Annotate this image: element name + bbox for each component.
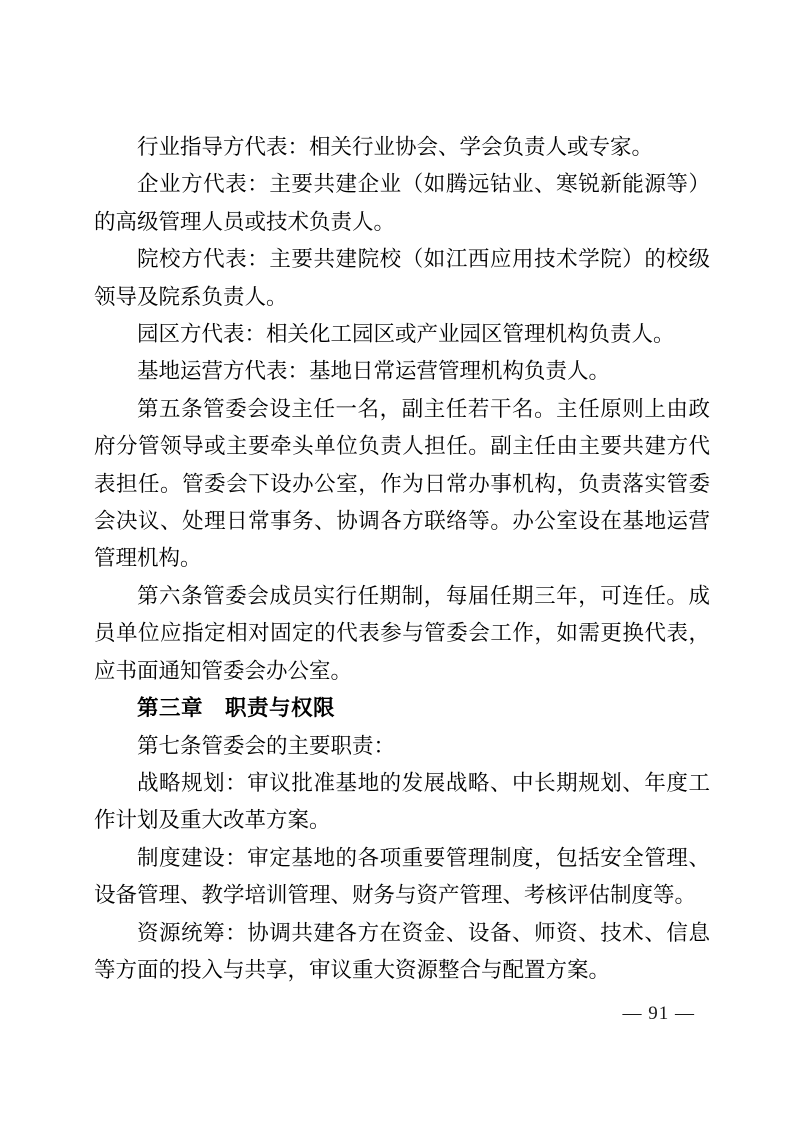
document-content: 行业指导方代表：相关行业协会、学会负责人或专家。企业方代表：主要共建企业（如腾远… xyxy=(94,129,710,989)
paragraph: 院校方代表：主要共建院校（如江西应用技术学院）的校级领导及院系负责人。 xyxy=(94,241,710,316)
paragraph: 基地运营方代表：基地日常运营管理机构负责人。 xyxy=(94,353,710,390)
paragraph: 第六条管委会成员实行任期制，每届任期三年，可连任。成员单位应指定相对固定的代表参… xyxy=(94,578,710,690)
paragraph: 第七条管委会的主要职责： xyxy=(94,728,710,765)
paragraph: 资源统筹：协调共建各方在资金、设备、师资、技术、信息等方面的投入与共享，审议重大… xyxy=(94,915,710,990)
paragraph: 第五条管委会设主任一名，副主任若干名。主任原则上由政府分管领导或主要牵头单位负责… xyxy=(94,391,710,578)
paragraph: 园区方代表：相关化工园区或产业园区管理机构负责人。 xyxy=(94,316,710,353)
paragraph: 行业指导方代表：相关行业协会、学会负责人或专家。 xyxy=(94,129,710,166)
section-heading: 第三章 职责与权限 xyxy=(94,690,710,727)
paragraph: 企业方代表：主要共建企业（如腾远钴业、寒锐新能源等）的高级管理人员或技术负责人。 xyxy=(94,166,710,241)
document-page: 行业指导方代表：相关行业协会、学会负责人或专家。企业方代表：主要共建企业（如腾远… xyxy=(0,0,794,1123)
page-number: — 91 — xyxy=(623,1002,696,1026)
paragraph: 战略规划：审议批准基地的发展战略、中长期规划、年度工作计划及重大改革方案。 xyxy=(94,765,710,840)
paragraph: 制度建设：审定基地的各项重要管理制度，包括安全管理、设备管理、教学培训管理、财务… xyxy=(94,840,710,915)
